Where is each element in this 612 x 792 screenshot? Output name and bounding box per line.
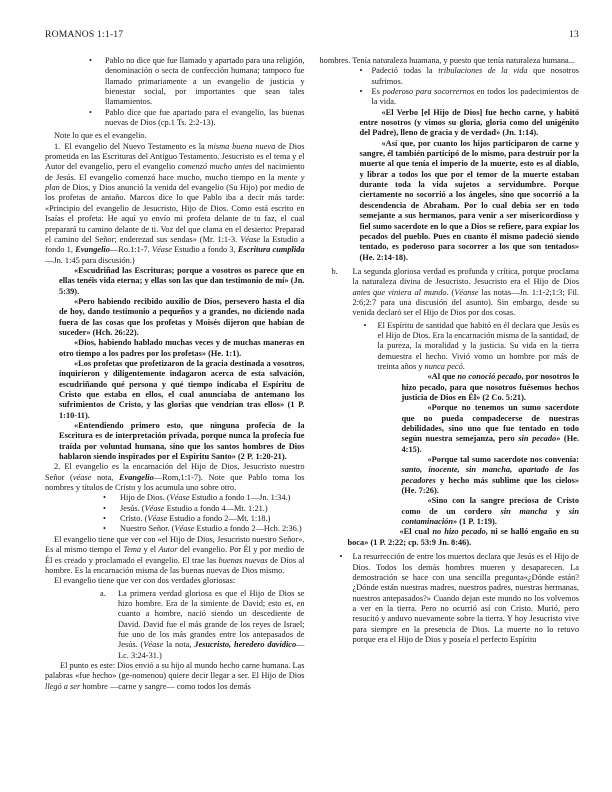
sub-paragraph: El punto es este: Dios envió a su hijo a… [45, 661, 305, 692]
text-run: véase [73, 473, 92, 482]
text-run: » (1 P. 1:19). [453, 517, 497, 526]
paragraph: 1. El evangelio del Nuevo Testamento es … [45, 142, 305, 266]
text-run: Escritura cumplida [238, 245, 305, 254]
block-quote: «Los profetas que profetizaron de la gra… [59, 359, 305, 421]
text-run: Note lo que es el evangelio. [54, 131, 147, 140]
running-title: ROMANOS 1:1-17 [45, 29, 123, 40]
block-quote: «Sino con la sangre preciosa de Cristo c… [402, 496, 580, 527]
text-run: «El cual [400, 527, 433, 536]
text-run: no conoció pecado [457, 372, 521, 381]
page-header: ROMANOS 1:1-17 13 [45, 29, 579, 40]
text-run: misma buena nueva [208, 142, 276, 151]
bullet-item: •Pablo dice que fue apartado para el eva… [45, 108, 305, 129]
text-run: «El Verbo [el Hijo de Dios] fue hecho ca… [360, 108, 580, 138]
lettered-item: a.La primera verdad gloriosa es que el H… [45, 589, 305, 661]
text-run: llegó a ser [45, 682, 80, 691]
bullet-item: •El Espíritu de santidad que habitó en é… [320, 321, 580, 373]
text-run: —Jn. 1:45 para discusión.) [45, 256, 135, 265]
bullet-marker: • [103, 504, 106, 514]
continuation-paragraph: hombres. Tenía naturaleza huamana, y pue… [320, 56, 580, 66]
text-run: Pablo no dice que fue llamado y apartado… [105, 56, 305, 106]
left-column: •Pablo no dice que fue llamado y apartad… [45, 56, 305, 692]
text-run: Estudio a fondo 4—Mt. 1:21.) [165, 504, 268, 513]
block-quote: «Escudriñad las Escrituras; porque a vos… [59, 266, 305, 297]
text-run: Evangelio [75, 245, 110, 254]
text-run: Tema [123, 545, 141, 554]
block-quote: «Porque no tenemos un sumo sacerdote que… [402, 403, 580, 455]
text-run: Véase [147, 514, 167, 523]
text-run: y [547, 507, 569, 516]
text-run: «Así que, por cuanto los hijos participa… [360, 139, 580, 262]
text-run: «Pero habiendo recibido auxilio de Dios,… [59, 297, 305, 337]
text-run: «Al que [428, 372, 458, 381]
bullet-item: •Es poderoso para socorrernos en todos l… [320, 87, 580, 108]
text-run: tribulaciones de la vida [438, 66, 527, 75]
text-run: El evangelio tiene que ver con dos verda… [54, 576, 235, 585]
text-run: Véase [152, 245, 172, 254]
text-run: «Los profetas que profetizaron de la gra… [59, 359, 305, 420]
bullet-item: •Pablo no dice que fue llamado y apartad… [45, 56, 305, 108]
text-run: comenzó mucho antes [178, 162, 252, 171]
text-run: Hijo de Dios. ( [120, 493, 170, 502]
block-quote: «El cual no hizo pecado, ni se halló eng… [348, 527, 580, 548]
bullet-marker: • [89, 108, 92, 118]
bullet-item: •Padeció todas la tribulaciones de la vi… [320, 66, 580, 87]
bullet-marker: • [103, 493, 106, 503]
bullet-item: •Jesús. (Véase Estudio a fondo 4—Mt. 1:2… [45, 504, 305, 514]
text-run: nota, [91, 473, 119, 482]
lettered-item: b.La segunda gloriosa verdad es profunda… [320, 267, 580, 319]
text-run: Es [372, 87, 383, 96]
page-number: 13 [569, 29, 579, 40]
bullet-item: •Cristo. (Véase Estudio a fondo 2—Mt. 1:… [45, 514, 305, 524]
text-run: Evangelio [119, 473, 154, 482]
text-run: Véase [240, 235, 260, 244]
text-run: sin mancha [501, 507, 548, 516]
text-run: buenas nuevas [219, 556, 268, 565]
text-run: —Ro.1:1-7. [110, 245, 152, 254]
text-run: Pablo dice que fue apartado para el evan… [105, 108, 305, 127]
block-quote: «Porque tal sumo sacerdote nos convenía:… [402, 455, 580, 496]
text-run: Estudio a fondo 2—Mt. 1:18.) [167, 514, 270, 523]
block-quote: «Así que, por cuanto los hijos participa… [360, 139, 580, 263]
bullet-item: •La resurrección de entre los muertos de… [320, 552, 580, 645]
text-run: Padeció todas la [372, 66, 439, 75]
text-run: El punto es este: Dios envió a su hijo a… [45, 661, 305, 680]
bullet-marker: • [103, 524, 106, 534]
text-run: La resurrección de entre los muertos dec… [353, 552, 580, 644]
text-run: «Escudriñad las Escrituras; porque a vos… [59, 266, 305, 296]
text-run: «Dios, habiendo hablado muchas veces y d… [59, 338, 305, 357]
text-run: Jesús. ( [120, 504, 145, 513]
text-run: la nota, [163, 640, 194, 649]
text-run: no hizo pecado [432, 527, 485, 536]
document-page: ROMANOS 1:1-17 13 •Pablo no dice que fue… [0, 0, 612, 792]
item-letter-label: a. [100, 589, 106, 599]
item-letter-label: b. [332, 267, 338, 277]
text-run: Jesucristo, heredero davídico [194, 640, 296, 649]
text-run: Estudio a fondo 2—Hch. 2:36.) [194, 524, 301, 533]
text-run: antes que viniera al mundo [353, 288, 447, 297]
block-quote: «Pero habiendo recibido auxilio de Dios,… [59, 297, 305, 338]
block-quote: «Dios, habiendo hablado muchas veces y d… [59, 338, 305, 359]
text-run: hombres. Tenía naturaleza huamana, y pue… [320, 56, 576, 65]
text-run: Véase [170, 493, 190, 502]
bullet-marker: • [103, 514, 106, 524]
text-run: poderoso para socorrernos [382, 87, 474, 96]
text-run: Véase [143, 640, 163, 649]
text-run: Estudio a fondo 1—Jn. 1:34.) [190, 493, 291, 502]
text-run: hombre —carne y sangre— como todos los d… [80, 682, 251, 691]
text-run: Véase [145, 504, 165, 513]
bullet-item: •Nuestro Señor. (Véase Estudio a fondo 2… [45, 524, 305, 534]
block-quote: «El Verbo [el Hijo de Dios] fue hecho ca… [360, 108, 580, 139]
bullet-marker: • [360, 66, 363, 76]
bullet-item: •Hijo de Dios. (Véase Estudio a fondo 1—… [45, 493, 305, 503]
right-column: hombres. Tenía naturaleza huamana, y pue… [320, 56, 580, 692]
text-run: La segunda gloriosa verdad es profunda y… [353, 267, 580, 286]
text-run: 1. El evangelio del Nuevo Testamento es … [54, 142, 208, 151]
text-run: «Porque tal sumo sacerdote nos convenía: [428, 455, 580, 464]
bullet-marker: • [364, 321, 367, 331]
block-quote: «Al que no conoció pecado, por nosotros … [402, 372, 580, 403]
text-run: sin pecado [518, 434, 556, 443]
paragraph: El evangelio tiene que ver con dos verda… [45, 576, 305, 586]
text-run: Véase [174, 524, 194, 533]
text-run: Véanse [454, 288, 478, 297]
two-column-body: •Pablo no dice que fue llamado y apartad… [45, 56, 579, 692]
text-run: nunca pecó [425, 362, 463, 371]
text-run: Cristo. ( [120, 514, 147, 523]
text-run: . [463, 362, 465, 371]
paragraph: Note lo que es el evangelio. [45, 131, 305, 141]
text-run: Estudio a fondo 3, [172, 245, 238, 254]
block-quote: «Entendiendo primero esto, que ninguna p… [59, 421, 305, 462]
text-run: y el [141, 545, 158, 554]
bullet-marker: • [340, 552, 343, 562]
text-run: «Entendiendo primero esto, que ninguna p… [59, 421, 305, 461]
text-run: Nuestro Señor. ( [120, 524, 174, 533]
text-run: El Espíritu de santidad que habitó en él… [378, 321, 580, 371]
paragraph: 2. El evangelio es la encarnación del Hi… [45, 462, 305, 493]
text-run: Autor [159, 545, 178, 554]
bullet-marker: • [360, 87, 363, 97]
paragraph: El evangelio tiene que ver con «el Hijo … [45, 535, 305, 576]
bullet-marker: • [89, 56, 92, 66]
